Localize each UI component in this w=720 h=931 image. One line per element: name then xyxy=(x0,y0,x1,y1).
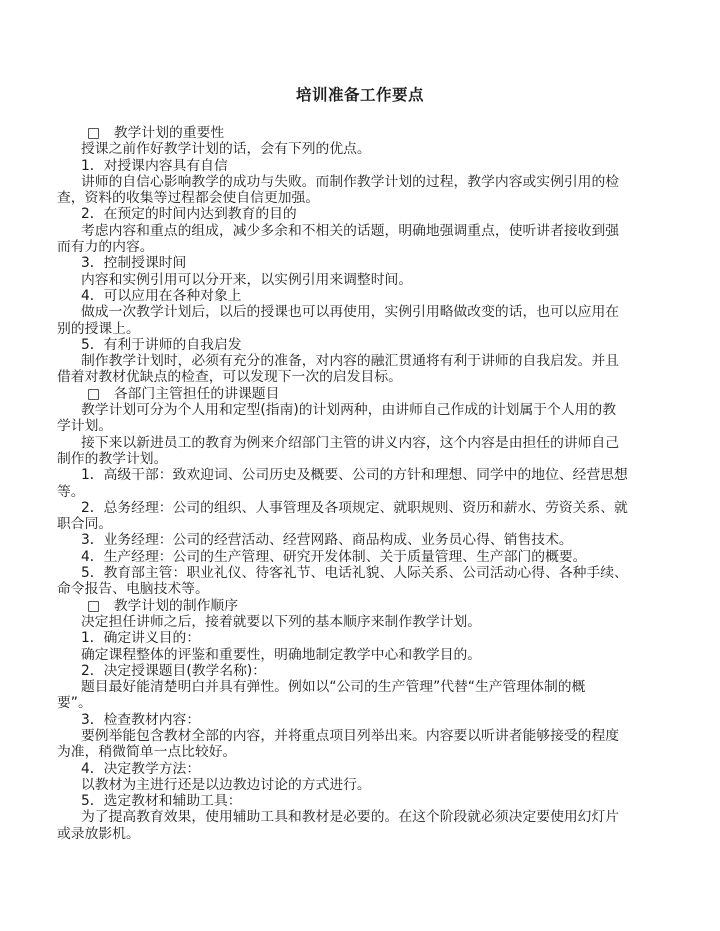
text-line: 等。 xyxy=(57,484,680,500)
text-line: 要例举能包含教材全部的内容，并将重点项目列举出来。内容要以听讲者能够接受的程度 xyxy=(57,728,680,744)
text-line: 2．决定授课题目(教学名称)： xyxy=(57,663,680,679)
text-line: 别的授课上。 xyxy=(57,321,680,337)
text-line: 2．总务经理：公司的组织、人事管理及各项规定、就职规则、资历和薪水、劳资关系、就 xyxy=(57,500,680,516)
text-line: 1．高级干部：致欢迎词、公司历史及概要、公司的方针和理想、同学中的地位、经营思想 xyxy=(57,467,680,483)
text-line: 1．确定讲义目的： xyxy=(57,630,680,646)
text-line: 或录放影机。 xyxy=(57,826,680,842)
section-header-line: □ 教学计划的制作顺序 xyxy=(57,598,680,614)
document-title: 培训准备工作要点 xyxy=(0,0,720,104)
text-line: 查，资料的收集等过程都会使自信更加强。 xyxy=(57,190,680,206)
text-line: 4．可以应用在各种对象上 xyxy=(57,288,680,304)
section-header-line: □ 各部门主管担任的讲课题目 xyxy=(57,386,680,402)
text-line: 题目最好能清楚明白并具有弹性。例如以“公司的生产管理”代替“生产管理体制的概 xyxy=(57,679,680,695)
document-body: □ 教学计划的重要性授课之前作好教学计划的话，会有下列的优点。1．对授课内容具有… xyxy=(57,125,680,842)
text-line: 考虑内容和重点的组成，减少多余和不相关的话题，明确地强调重点，使听讲者接收到强 xyxy=(57,223,680,239)
text-line: 1．对授课内容具有自信 xyxy=(57,158,680,174)
text-line: 命令报告、电脑技术等。 xyxy=(57,581,680,597)
text-line: 教学计划可分为个人用和定型(指南)的计划两种，由讲师自己作成的计划属于个人用的教 xyxy=(57,402,680,418)
text-line: 接下来以新进员工的教育为例来介绍部门主管的讲义内容，这个内容是由担任的讲师自己 xyxy=(57,435,680,451)
text-line: 4．生产经理：公司的生产管理、研究开发体制、关于质量管理、生产部门的概要。 xyxy=(57,549,680,565)
text-line: 制作教学计划时，必须有充分的准备，对内容的融汇贯通将有利于讲师的自我启发。并且 xyxy=(57,353,680,369)
text-line: 4．决定教学方法： xyxy=(57,761,680,777)
text-line: 5．教育部主管：职业礼仪、待客礼节、电话礼貌、人际关系、公司活动心得、各种手续、 xyxy=(57,565,680,581)
text-line: 授课之前作好教学计划的话，会有下列的优点。 xyxy=(57,141,680,157)
text-line: 内容和实例引用可以分开来，以实例引用来调整时间。 xyxy=(57,272,680,288)
text-line: 2．在预定的时间内达到教育的目的 xyxy=(57,206,680,222)
text-line: 3．业务经理：公司的经营活动、经营网路、商品构成、业务员心得、销售技术。 xyxy=(57,532,680,548)
text-line: 讲师的自信心影响教学的成功与失败。而制作教学计划的过程，教学内容或实例引用的检 xyxy=(57,174,680,190)
text-line: 而有力的内容。 xyxy=(57,239,680,255)
text-line: 学计划。 xyxy=(57,418,680,434)
text-line: 以教材为主进行还是以边教边讨论的方式进行。 xyxy=(57,777,680,793)
text-line: 要”。 xyxy=(57,695,680,711)
text-line: 为了提高教育效果，使用辅助工具和教材是必要的。在这个阶段就必须决定要使用幻灯片 xyxy=(57,809,680,825)
section-header-line: □ 教学计划的重要性 xyxy=(57,125,680,141)
text-line: 5．选定教材和辅助工具： xyxy=(57,793,680,809)
text-line: 职合同。 xyxy=(57,516,680,532)
text-line: 3．检查教材内容： xyxy=(57,712,680,728)
text-line: 做成一次教学计划后，以后的授课也可以再使用，实例引用略做改变的话，也可以应用在 xyxy=(57,304,680,320)
text-line: 借着对教材优缺点的检查，可以发现下一次的启发目标。 xyxy=(57,369,680,385)
text-line: 决定担任讲师之后，接着就要以下列的基本顺序来制作教学计划。 xyxy=(57,614,680,630)
text-line: 确定课程整体的评鉴和重要性，明确地制定教学中心和教学目的。 xyxy=(57,647,680,663)
text-line: 制作的教学计划。 xyxy=(57,451,680,467)
text-line: 为准，稍微简单一点比较好。 xyxy=(57,744,680,760)
text-line: 3．控制授课时间 xyxy=(57,255,680,271)
text-line: 5．有利于讲师的自我启发 xyxy=(57,337,680,353)
document-page: 培训准备工作要点 □ 教学计划的重要性授课之前作好教学计划的话，会有下列的优点。… xyxy=(0,0,720,931)
